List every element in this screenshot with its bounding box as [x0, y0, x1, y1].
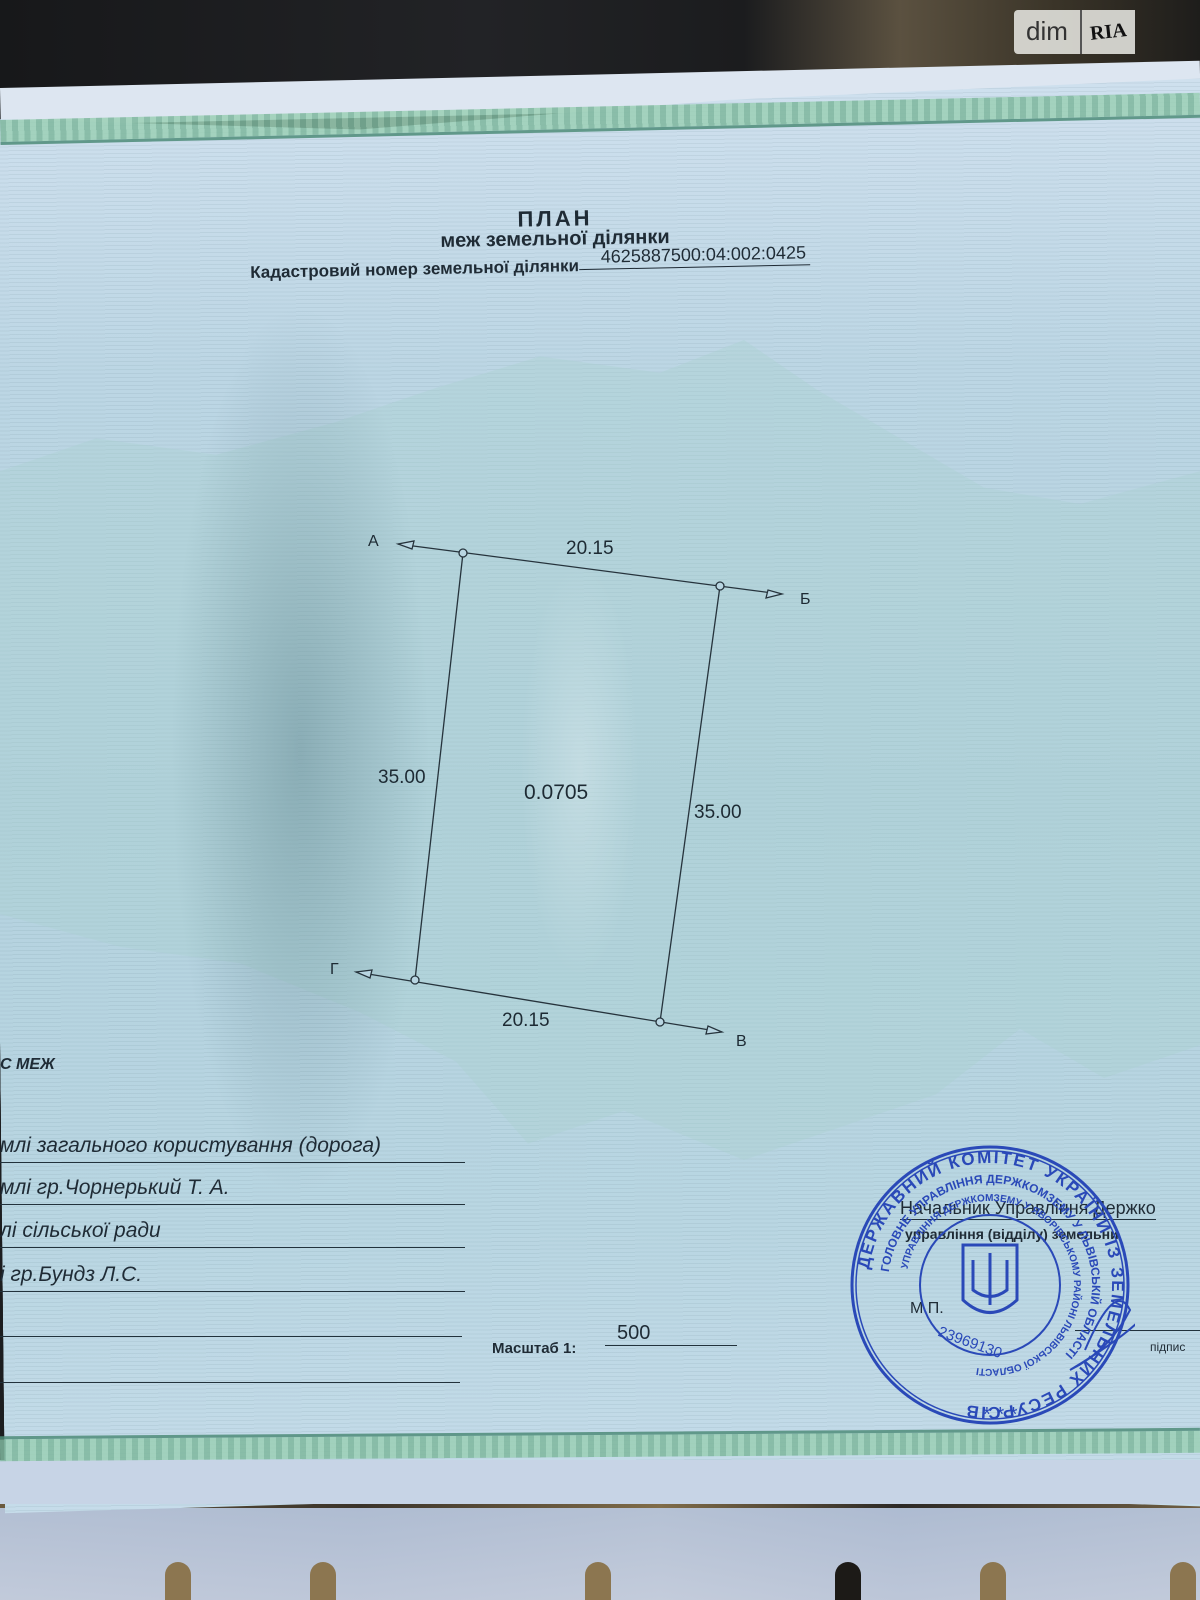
boundaries-heading: с меж	[0, 1056, 55, 1074]
boundary-row: млі загального користування (дорога)	[0, 1134, 465, 1163]
side-length-bottom: 20.15	[502, 1010, 550, 1031]
corner-label-b: Б	[800, 591, 811, 608]
boundary-row: і гр.Бундз Л.С.	[0, 1263, 465, 1292]
side-length-left: 35.00	[378, 767, 426, 788]
vertex-v	[656, 1018, 664, 1026]
stamp-code: 23969130	[936, 1323, 1005, 1362]
corner-label-a: А	[368, 533, 379, 550]
boundary-row: лі сільської ради	[0, 1219, 465, 1248]
official-stamp: ДЕРЖАВНИЙ КОМІТЕТ УКРАЇНИ ІЗ ЗЕМЕЛЬНИХ Р…	[845, 1135, 1135, 1435]
vertex-a	[459, 549, 467, 557]
boundary-row	[0, 1308, 462, 1337]
corner-label-g: Г	[330, 961, 339, 978]
stamp-stars: * * *	[983, 1404, 1018, 1426]
vertex-g	[411, 976, 419, 984]
corner-label-v: В	[736, 1033, 747, 1050]
vertex-b	[716, 582, 724, 590]
scale-label: Масштаб 1:	[492, 1340, 576, 1357]
trident-emblem-icon	[963, 1245, 1017, 1313]
arrow-g-icon	[356, 970, 372, 978]
arrow-v-icon	[706, 1026, 722, 1034]
boundary-row	[0, 1354, 460, 1383]
plot-area: 0.0705	[524, 781, 588, 804]
boundary-row: млі гр.Чорнерький Т. А.	[0, 1176, 465, 1205]
side-length-top: 20.15	[566, 538, 614, 559]
scale-value: 500	[605, 1322, 737, 1346]
signature-label: підпис	[1150, 1340, 1185, 1354]
arrow-b-icon	[766, 590, 782, 598]
arrow-a-icon	[398, 541, 414, 549]
side-length-right: 35.00	[694, 802, 742, 823]
